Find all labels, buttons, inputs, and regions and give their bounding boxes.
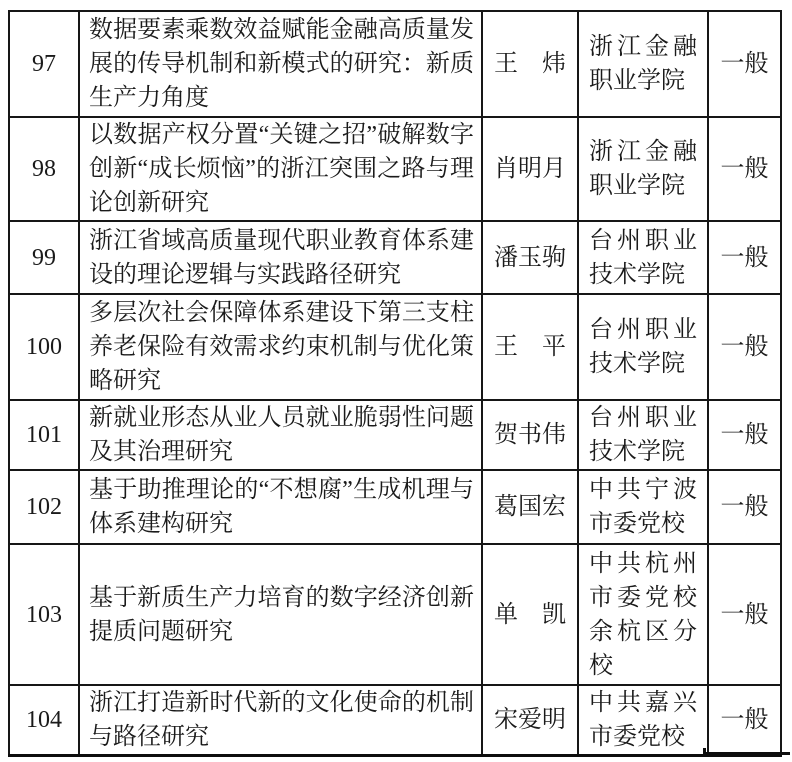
row-number-cell: 98 <box>9 117 79 221</box>
project-title-cell: 浙江省域高质量现代职业教育体系建设的理论逻辑与实践路径研究 <box>79 221 482 294</box>
table-row: 104 浙江打造新时代新的文化使命的机制与路径研究 宋爱明 中共嘉兴市委党校 一… <box>9 685 781 756</box>
project-title-cell: 基于新质生产力培育的数字经济创新提质问题研究 <box>79 544 482 685</box>
row-number-cell: 104 <box>9 685 79 756</box>
category-cell: 一般 <box>708 400 781 470</box>
project-title-cell: 多层次社会保障体系建设下第三支柱养老保险有效需求约束机制与优化策略研究 <box>79 294 482 400</box>
institution-cell: 台州职业技术学院 <box>578 294 708 400</box>
category-cell: 一般 <box>708 11 781 117</box>
project-title-cell: 基于助推理论的“不想腐”生成机理与体系建构研究 <box>79 470 482 544</box>
category-cell: 一般 <box>708 470 781 544</box>
category-cell: 一般 <box>708 117 781 221</box>
category-cell: 一般 <box>708 685 781 756</box>
project-title-cell: 新就业形态从业人员就业脆弱性问题及其治理研究 <box>79 400 482 470</box>
table-row: 97 数据要素乘数效益赋能金融高质量发展的传导机制和新模式的研究：新质生产力角度… <box>9 11 781 117</box>
leader-name-cell: 王 炜 <box>482 11 578 117</box>
institution-cell: 中共杭州市委党校余杭区分校 <box>578 544 708 685</box>
document-page: 97 数据要素乘数效益赋能金融高质量发展的传导机制和新模式的研究：新质生产力角度… <box>0 0 792 762</box>
institution-cell: 台州职业技术学院 <box>578 221 708 294</box>
table-row: 98 以数据产权分置“关键之招”破解数字创新“成长烦恼”的浙江突围之路与理论创新… <box>9 117 781 221</box>
institution-cell: 台州职业技术学院 <box>578 400 708 470</box>
leader-name-cell: 潘玉驹 <box>482 221 578 294</box>
leader-name-cell: 单 凯 <box>482 544 578 685</box>
leader-name-cell: 贺书伟 <box>482 400 578 470</box>
category-cell: 一般 <box>708 544 781 685</box>
project-title-cell: 数据要素乘数效益赋能金融高质量发展的传导机制和新模式的研究：新质生产力角度 <box>79 11 482 117</box>
leader-name-cell: 宋爱明 <box>482 685 578 756</box>
table-row: 103 基于新质生产力培育的数字经济创新提质问题研究 单 凯 中共杭州市委党校余… <box>9 544 781 685</box>
row-number-cell: 101 <box>9 400 79 470</box>
category-cell: 一般 <box>708 294 781 400</box>
row-number-cell: 103 <box>9 544 79 685</box>
institution-cell: 中共嘉兴市委党校 <box>578 685 708 756</box>
table-row: 101 新就业形态从业人员就业脆弱性问题及其治理研究 贺书伟 台州职业技术学院 … <box>9 400 781 470</box>
leader-name-cell: 王 平 <box>482 294 578 400</box>
institution-cell: 中共宁波市委党校 <box>578 470 708 544</box>
row-number-cell: 99 <box>9 221 79 294</box>
row-number-cell: 100 <box>9 294 79 400</box>
institution-cell: 浙江金融职业学院 <box>578 11 708 117</box>
row-number-cell: 102 <box>9 470 79 544</box>
leader-name-cell: 肖明月 <box>482 117 578 221</box>
leader-name-cell: 葛国宏 <box>482 470 578 544</box>
project-title-cell: 以数据产权分置“关键之招”破解数字创新“成长烦恼”的浙江突围之路与理论创新研究 <box>79 117 482 221</box>
table-row: 99 浙江省域高质量现代职业教育体系建设的理论逻辑与实践路径研究 潘玉驹 台州职… <box>9 221 781 294</box>
projects-table: 97 数据要素乘数效益赋能金融高质量发展的传导机制和新模式的研究：新质生产力角度… <box>8 10 782 757</box>
scan-artifact-line <box>703 752 790 755</box>
row-number-cell: 97 <box>9 11 79 117</box>
project-title-cell: 浙江打造新时代新的文化使命的机制与路径研究 <box>79 685 482 756</box>
table-row: 100 多层次社会保障体系建设下第三支柱养老保险有效需求约束机制与优化策略研究 … <box>9 294 781 400</box>
institution-cell: 浙江金融职业学院 <box>578 117 708 221</box>
category-cell: 一般 <box>708 221 781 294</box>
table-row: 102 基于助推理论的“不想腐”生成机理与体系建构研究 葛国宏 中共宁波市委党校… <box>9 470 781 544</box>
